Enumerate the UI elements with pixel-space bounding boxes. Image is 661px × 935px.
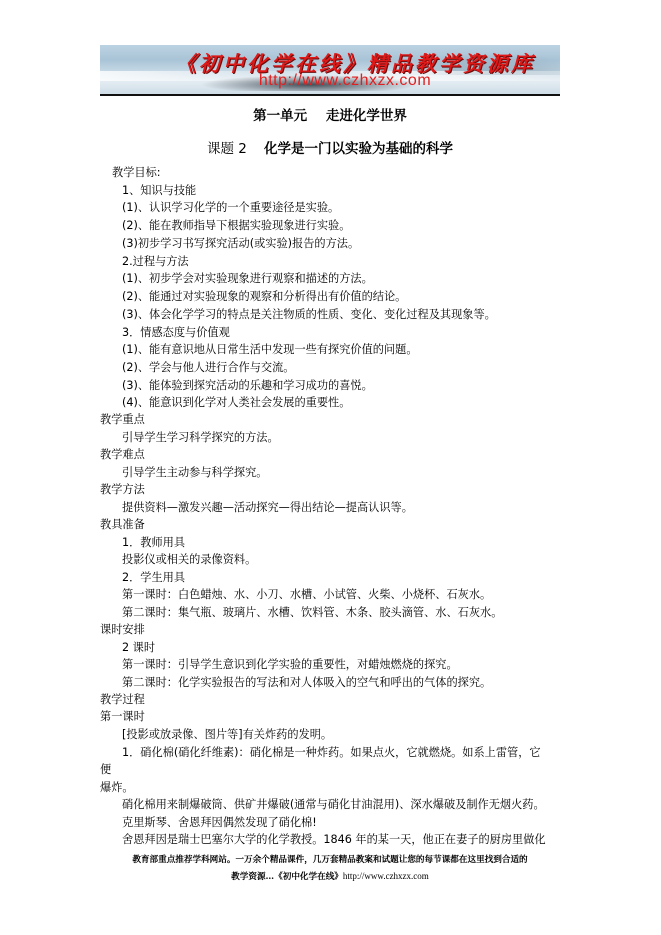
body-line: (3)初步学习书写探究活动(或实验)报告的方法。 — [122, 237, 359, 251]
footer-resource-text: 教学资源…《初中化学在线》 — [231, 872, 343, 882]
lesson-title: 课题 2 化学是一门以实验为基础的科学 — [100, 137, 560, 157]
body-line: (4)、能意识到化学对人类社会发展的重要性。 — [122, 396, 350, 410]
body-line: (2)、学会与他人进行合作与交流。 — [122, 361, 294, 375]
banner-divider — [100, 94, 560, 96]
body-line: (2)、能通过对实验现象的观察和分析得出有价值的结论。 — [122, 290, 406, 304]
body-line: 克里斯琴、舍恩拜因偶然发现了硝化棉! — [122, 816, 317, 830]
body-line: [投影或放录像、图片等]有关炸药的发明。 — [122, 728, 332, 742]
body-line: 第二课时：化学实验报告的写法和对人体吸入的空气和呼出的气体的探究。 — [122, 676, 491, 690]
body-line: 投影仪或相关的录像资料。 — [122, 553, 256, 567]
section-heading: 教学重点 — [100, 413, 145, 427]
lesson-name: 化学是一门以实验为基础的科学 — [264, 141, 453, 157]
body-line: 第二课时：集气瓶、玻璃片、水槽、饮料管、木条、胶头滴管、水、石灰水。 — [122, 606, 502, 620]
footer-line-1: 教育部重点推荐学科网站。一万余个精品课件，几万套精品教案和试题让您的每节课都在这… — [100, 853, 560, 865]
body-line: (2)、能在教师指导下根据实验现象进行实验。 — [122, 219, 350, 233]
body-line: 3．情感态度与价值观 — [122, 326, 230, 340]
body-line: 第一课时：引导学生意识到化学实验的重要性，对蜡烛燃烧的探究。 — [122, 658, 458, 672]
body-line: 舍恩拜因是瑞士巴塞尔大学的化学教授。1846 年的某一天，他正在妻子的厨房里做化 — [122, 833, 546, 847]
section-heading: 课时安排 — [100, 623, 145, 637]
body-line: 1．教师用具 — [122, 536, 185, 550]
body-line: (3)、体会化学学习的特点是关注物质的性质、变化、变化过程及其现象等。 — [122, 308, 496, 322]
lesson-number: 课题 2 — [207, 141, 264, 157]
body-line: 2.过程与方法 — [122, 255, 189, 269]
body-line: (1)、初步学会对实验现象进行观察和描述的方法。 — [122, 272, 373, 286]
banner-url[interactable]: http://www.czhxzx.com — [245, 72, 445, 90]
site-banner: 《初中化学在线》精品教学资源库 http://www.czhxzx.com — [100, 45, 560, 94]
section-heading: 便 — [100, 763, 111, 777]
body-line: 第一课时：白色蜡烛、水、小刀、水槽、小试管、火柴、小烧杯、石灰水。 — [122, 588, 491, 602]
body-line: 引导学生学习科学探究的方法。 — [122, 431, 279, 445]
section-heading: 教学方法 — [100, 483, 145, 497]
section-heading: 教学过程 — [100, 693, 145, 707]
section-heading: 爆炸。 — [100, 781, 134, 795]
body-line: 引导学生主动参与科学探究。 — [122, 466, 267, 480]
footer-link[interactable]: http://www.czhxzx.com — [343, 871, 429, 881]
section-heading: 教学难点 — [100, 448, 145, 462]
section-heading: 第一课时 — [100, 710, 145, 724]
body-line: (1)、能有意识地从日常生活中发现一些有探究价值的问题。 — [122, 343, 418, 357]
body-line: 教学目标: — [112, 166, 161, 180]
body-line: 提供资料—激发兴趣—活动探究—得出结论—提高认识等。 — [122, 501, 413, 515]
footer-line-2: 教学资源…《初中化学在线》http://www.czhxzx.com — [100, 870, 560, 882]
body-line: 硝化棉用来制爆破筒、供矿井爆破(通常与硝化甘油混用)、深水爆破及制作无烟火药。 — [122, 798, 545, 812]
unit-title: 第一单元 走进化学世界 — [100, 104, 560, 124]
body-line: (3)、能体验到探究活动的乐趣和学习成功的喜悦。 — [122, 379, 373, 393]
body-line: 2 课时 — [122, 641, 155, 655]
section-heading: 教具准备 — [100, 518, 145, 532]
body-line: 1．硝化棉(硝化纤维素)：硝化棉是一种炸药。如果点火，它就燃烧。如系上雷管，它 — [122, 746, 541, 760]
body-line: 2．学生用具 — [122, 571, 185, 585]
body-line: 1、知识与技能 — [122, 184, 196, 198]
body-line: (1)、认识学习化学的一个重要途径是实验。 — [122, 201, 339, 215]
